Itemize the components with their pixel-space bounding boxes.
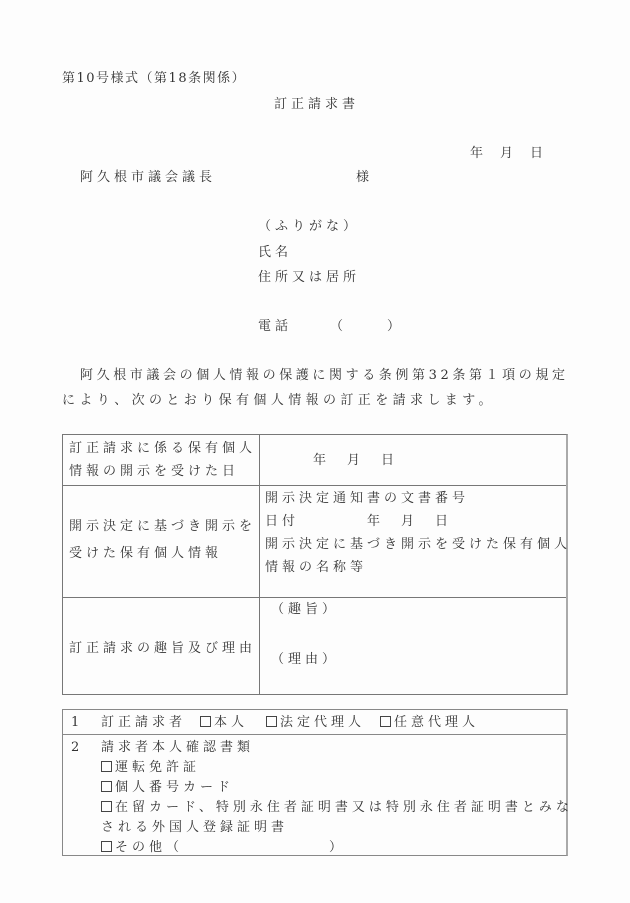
checkbox-icon[interactable] [101, 781, 112, 792]
section-2-number: 2 [71, 736, 83, 759]
checkbox-icon[interactable] [101, 761, 112, 772]
checkbox-icon[interactable] [101, 841, 112, 852]
option-other-close-paren: ） [329, 836, 346, 859]
disclosed-info-label-1: 開示決定に基づき開示を [69, 515, 256, 538]
column-divider [259, 435, 260, 694]
section-1-label: 訂正請求者 [101, 711, 186, 734]
address-label: 住所又は居所 [258, 266, 360, 285]
purpose-reason-label: 訂正請求の趣旨及び理由 [69, 637, 256, 660]
option-legal-agent[interactable]: 法定代理人 [266, 711, 365, 734]
date-line: 年 月 日 [470, 142, 545, 161]
row-divider [63, 734, 566, 735]
addressee: 阿久根市議会議長 [80, 166, 216, 185]
form-number: 第10号様式（第18条関係） [62, 67, 246, 86]
section-1-number: 1 [71, 711, 83, 734]
page-title: 訂正請求書 [274, 93, 359, 112]
option-voluntary-agent[interactable]: 任意代理人 [380, 711, 479, 734]
option-other[interactable]: その他（ [101, 836, 183, 859]
phone-parens: （ ） [330, 315, 406, 334]
disclosure-date-label-2: 情報の開示を受けた日 [69, 460, 239, 483]
row-divider [63, 485, 566, 486]
furigana-label: （ふりがな） [258, 215, 360, 234]
disclosure-date-label-1: 訂正請求に係る保有個人 [69, 437, 256, 460]
document-number-field[interactable]: 開示決定通知書の文書番号 [265, 487, 469, 510]
checkbox-icon[interactable] [266, 716, 277, 727]
info-name-label-2[interactable]: 情報の名称等 [265, 556, 367, 579]
intro-line-2: により、次のとおり保有個人情報の訂正を請求します。 [62, 389, 496, 408]
decision-date-field[interactable]: 日付 年 月 日 [265, 510, 452, 533]
checkbox-icon[interactable] [101, 801, 112, 812]
requester-type-table: 1 訂正請求者 本人 法定代理人 任意代理人 2 請求者本人確認書類 運転免許証… [62, 709, 568, 856]
name-label: 氏名 [258, 241, 292, 260]
request-details-table: 訂正請求に係る保有個人 情報の開示を受けた日 年 月 日 開示決定に基づき開示を… [62, 434, 568, 695]
purpose-field[interactable]: （趣旨） [271, 598, 339, 621]
phone-label: 電話 [258, 315, 292, 334]
honorific: 様 [356, 166, 369, 185]
intro-line-1: 阿久根市議会の個人情報の保護に関する条例第32条第１項の規定 [80, 364, 569, 383]
checkbox-icon[interactable] [380, 716, 391, 727]
info-name-label-1: 開示決定に基づき開示を受けた保有個人 [265, 533, 571, 556]
disclosed-info-label-2: 受けた保有個人情報 [69, 542, 222, 565]
option-self[interactable]: 本人 [200, 711, 248, 734]
checkbox-icon[interactable] [200, 716, 211, 727]
disclosure-date-field[interactable]: 年 月 日 [313, 449, 398, 472]
reason-field[interactable]: （理由） [271, 648, 339, 671]
